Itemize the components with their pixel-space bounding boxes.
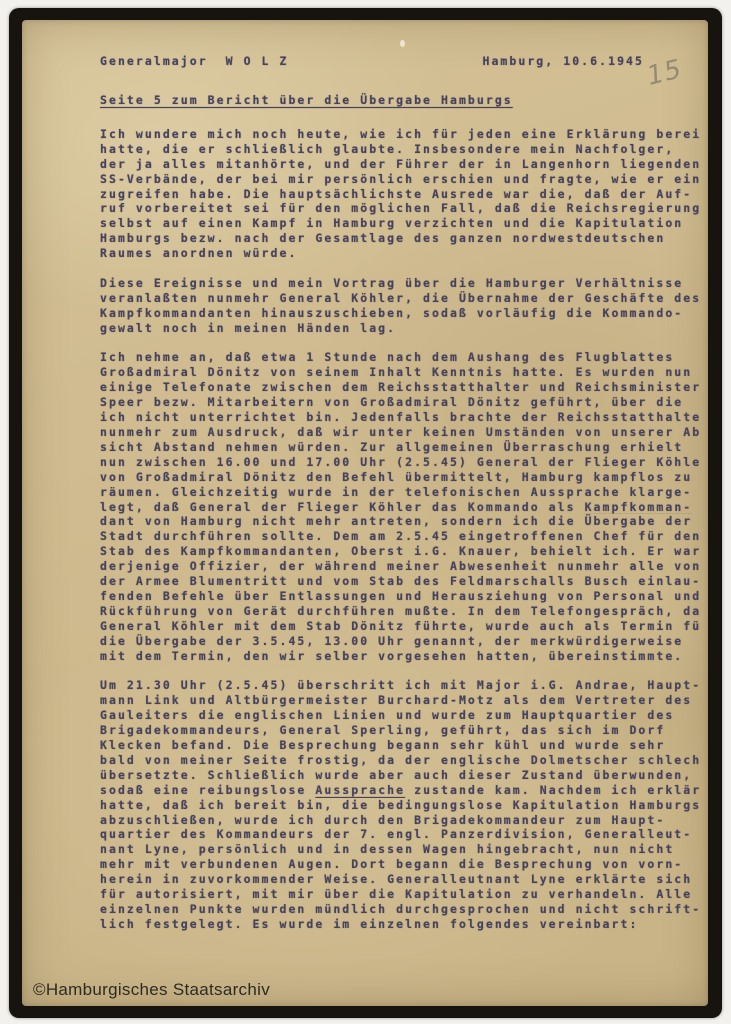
text-line: Um 21.30 Uhr (2.5.45) überschritt ich mi… bbox=[100, 678, 708, 693]
text-line: sodaß eine reibungslose Aussprache zusta… bbox=[100, 783, 708, 798]
text-line: abzuschließen, wurde ich durch den Briga… bbox=[100, 813, 708, 828]
place-date-line: Hamburg, 10.6.1945 bbox=[482, 54, 644, 69]
text-line: mit dem Termin, den wir selber vorgesehe… bbox=[100, 649, 708, 664]
text-line: Kampfkommandanten hinauszuschieben, soda… bbox=[100, 306, 708, 321]
text-line: Stab des Kampfkommandanten, Oberst i.G. … bbox=[100, 544, 708, 559]
author-line: Generalmajor W O L Z bbox=[100, 54, 288, 69]
text-line: einzelnen Punkte wurden mündlich durchge… bbox=[100, 902, 708, 917]
document-header: Generalmajor W O L Z Hamburg, 10.6.1945 bbox=[100, 54, 708, 69]
text-line: Stadt durchführen sollte. Dem am 2.5.45 … bbox=[100, 529, 708, 544]
text-line: einige Telefonate zwischen dem Reichssta… bbox=[100, 380, 708, 395]
paragraph: Um 21.30 Uhr (2.5.45) überschritt ich mi… bbox=[100, 678, 708, 931]
copyright-watermark: ©Hamburgisches Staatsarchiv bbox=[33, 980, 270, 1000]
text-line: gewalt noch in meinen Händen lag. bbox=[100, 321, 708, 336]
text-line: übersetzte. Schließlich wurde aber auch … bbox=[100, 768, 708, 783]
text-line: zugreifen habe. Die hauptsächlichste Aus… bbox=[100, 187, 708, 202]
text-line: der Armee Blumentritt und vom Stab des F… bbox=[100, 574, 708, 589]
text-line: Klecken befand. Die Besprechung begann s… bbox=[100, 738, 708, 753]
text-line: hatte, daß ich bereit bin, die bedingung… bbox=[100, 798, 708, 813]
text-line: Ich nehme an, daß etwa 1 Stunde nach dem… bbox=[100, 350, 708, 365]
text-line: Hamburgs bezw. nach der Gesamtlage des g… bbox=[100, 231, 708, 246]
text-line: räumen. Gleichzeitig wurde in der telefo… bbox=[100, 485, 708, 500]
text-line: ruf vorbereitet sei für den möglichen Fa… bbox=[100, 201, 708, 216]
text-line: die Übergabe der 3.5.45, 13.00 Uhr genan… bbox=[100, 634, 708, 649]
text-line: Brigadekommandeurs, General Sperling, ge… bbox=[100, 723, 708, 738]
text-line: Gauleiters die englischen Linien und wur… bbox=[100, 708, 708, 723]
paper-speck bbox=[400, 40, 405, 47]
scanned-document: 15 Generalmajor W O L Z Hamburg, 10.6.19… bbox=[0, 0, 731, 1024]
text-line: Speer bezw. Mitarbeitern von Großadmiral… bbox=[100, 395, 708, 410]
paragraph: Ich nehme an, daß etwa 1 Stunde nach dem… bbox=[100, 350, 708, 663]
text-line: herein in zuvorkommender Weise. Generall… bbox=[100, 872, 708, 887]
text-line: fenden Befehle über Entlassungen und Her… bbox=[100, 589, 708, 604]
paragraph: Diese Ereignisse und mein Vortrag über d… bbox=[100, 276, 708, 336]
paragraph: Ich wundere mich noch heute, wie ich für… bbox=[100, 127, 708, 261]
text-line: hatte, die er schließlich glaubte. Insbe… bbox=[100, 142, 708, 157]
text-line: nunmehr zum Ausdruck, daß wir unter kein… bbox=[100, 425, 708, 440]
text-line: selbst auf einen Kampf in Hamburg verzic… bbox=[100, 216, 708, 231]
text-line: von Großadmiral Dönitz den Befehl übermi… bbox=[100, 470, 708, 485]
text-line: SS-Verbände, der bei mir persönlich ersc… bbox=[100, 172, 708, 187]
document-body: Ich wundere mich noch heute, wie ich für… bbox=[100, 127, 708, 932]
document-page: 15 Generalmajor W O L Z Hamburg, 10.6.19… bbox=[22, 20, 708, 1006]
text-line: der ja alles mitanhörte, und der Führer … bbox=[100, 157, 708, 172]
text-line: dant von Hamburg nicht mehr antreten, so… bbox=[100, 514, 708, 529]
text-line: legt, daß General der Flieger Köhler das… bbox=[100, 500, 708, 515]
text-line: Großadmiral Dönitz von seinem Inhalt Ken… bbox=[100, 365, 708, 380]
text-line: für autorisiert, mit mir über die Kapitu… bbox=[100, 887, 708, 902]
text-line: nant Lyne, persönlich und in dessen Wage… bbox=[100, 842, 708, 857]
text-line: bald von meiner Seite frostig, da der en… bbox=[100, 753, 708, 768]
text-line: mann Link und Altbürgermeister Burchard-… bbox=[100, 693, 708, 708]
underlined-phrase: Aussprache bbox=[315, 783, 405, 797]
text-line: Raumes anordnen würde. bbox=[100, 246, 708, 261]
text-line: derjenige Offizier, der während meiner A… bbox=[100, 559, 708, 574]
text-line: Ich wundere mich noch heute, wie ich für… bbox=[100, 127, 708, 142]
text-line: veranlaßten nunmehr General Köhler, die … bbox=[100, 291, 708, 306]
page-title: Seite 5 zum Bericht über die Übergabe Ha… bbox=[100, 93, 513, 108]
text-line: sicht Abstand nehmen würden. Zur allgeme… bbox=[100, 440, 708, 455]
text-line: Diese Ereignisse und mein Vortrag über d… bbox=[100, 276, 708, 291]
text-line: ich nicht unterrichtet bin. Jedenfalls b… bbox=[100, 410, 708, 425]
text-line: quartier des Kommandeurs der 7. engl. Pa… bbox=[100, 827, 708, 842]
text-line: mehr mit verbundenen Augen. Dort begann … bbox=[100, 857, 708, 872]
underlined-phrase: Kampfkomman- bbox=[585, 500, 693, 514]
text-line: Rückführung von Gerät durchführen mußte.… bbox=[100, 604, 708, 619]
text-line: lich festgelegt. Es wurde im einzelnen f… bbox=[100, 917, 708, 932]
text-line: nun zwischen 16.00 und 17.00 Uhr (2.5.45… bbox=[100, 455, 708, 470]
text-line: General Köhler mit dem Stab Dönitz führt… bbox=[100, 619, 708, 634]
photo-frame: 15 Generalmajor W O L Z Hamburg, 10.6.19… bbox=[9, 8, 722, 1018]
